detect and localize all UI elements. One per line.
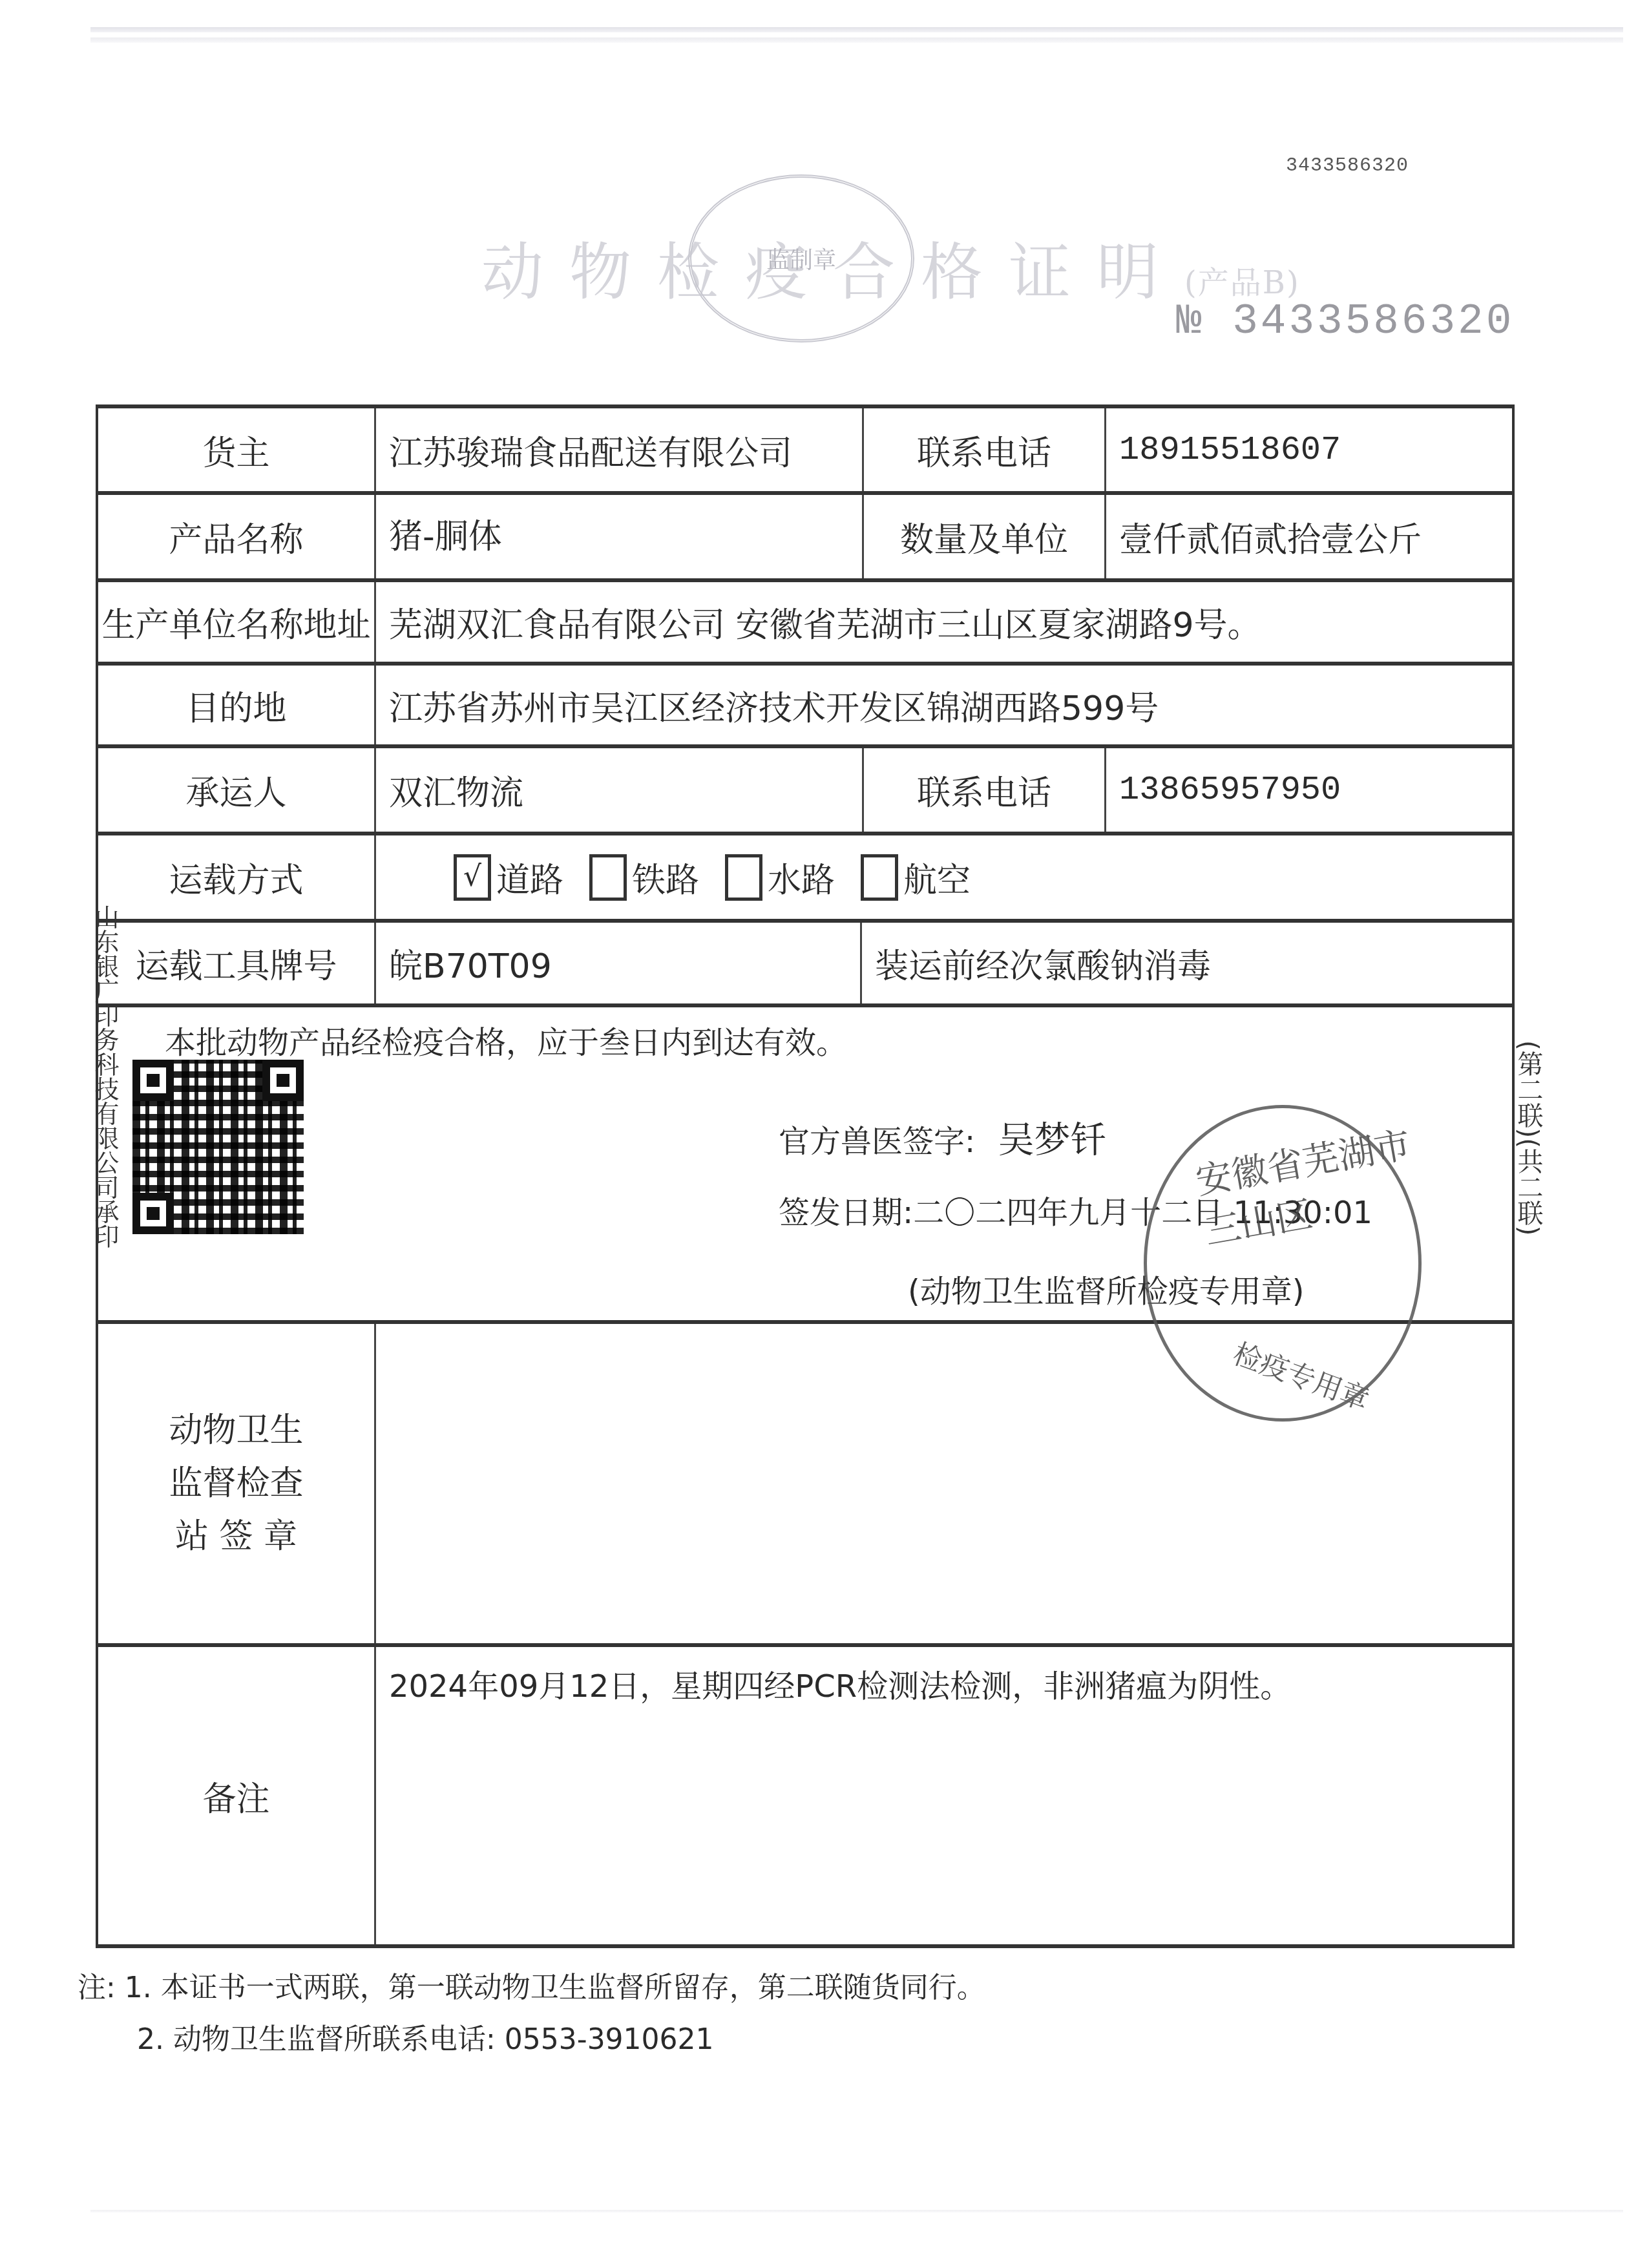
qr-code[interactable] — [132, 1060, 304, 1234]
note-line-1: 注: 1. 本证书一式两联，第一联动物卫生监督所留存，第二联随货同行。 — [78, 1964, 985, 2006]
vet-sign-label: 官方兽医签字: — [779, 1124, 975, 1160]
disinfection-note: 装运前经次氯酸钠消毒 — [862, 923, 1211, 1003]
carrier-phone-value: 13865957950 — [1106, 748, 1341, 832]
producer-label: 生产单位名称地址 — [98, 582, 376, 662]
stamp-text: 安徽省芜湖市三山区 — [1192, 1116, 1426, 1256]
qr-finder — [132, 1193, 174, 1234]
checkpoint-signature-area — [376, 1324, 389, 1643]
row-product: 产品名称 猪-胴体 数量及单位 壹仟贰佰贰拾壹公斤 — [98, 491, 1512, 578]
row-remarks: 备注 2024年09月12日，星期四经PCR检测法检测，非洲猪瘟为阴性。 — [98, 1643, 1512, 1948]
product-label: 产品名称 — [98, 495, 376, 578]
inspection-statement: 本批动物产品经检疫合格，应于叁日内到达有效。 — [165, 1018, 847, 1062]
stamp-bottom-text: 检疫专用章 — [1228, 1330, 1376, 1418]
row-transport: 运载方式 √道路 铁路 水路 航空 — [98, 832, 1512, 919]
checkpoint-label-line2: 监督检查 — [169, 1457, 303, 1510]
carrier-value: 双汇物流 — [376, 748, 862, 832]
destination-label: 目的地 — [98, 666, 376, 744]
producer-value: 芜湖双汇食品有限公司 安徽省芜湖市三山区夏家湖路9号。 — [376, 582, 1261, 662]
carrier-label: 承运人 — [98, 748, 376, 832]
checkbox-air[interactable] — [861, 854, 898, 901]
option-water-label: 水路 — [768, 853, 835, 901]
vet-sign-row: 官方兽医签字: 吴梦钎 — [779, 1111, 1106, 1163]
quantity-value: 壹仟贰佰贰拾壹公斤 — [1106, 495, 1422, 578]
official-seal-top: 监制章 — [688, 174, 914, 342]
product-value: 猪-胴体 — [376, 495, 862, 578]
qr-finder — [132, 1060, 174, 1101]
option-road-label: 道路 — [496, 853, 563, 901]
vehicle-label: 运载工具牌号 — [98, 923, 376, 1003]
note-line-2: 2. 动物卫生监督所联系电话: 0553-3910621 — [137, 2016, 714, 2057]
vet-signature: 吴梦钎 — [998, 1119, 1106, 1161]
quantity-label: 数量及单位 — [862, 495, 1106, 578]
checkbox-road[interactable]: √ — [454, 854, 491, 901]
checkpoint-label-line1: 动物卫生 — [169, 1404, 303, 1457]
checkbox-water[interactable] — [725, 854, 762, 901]
option-air-label: 航空 — [903, 853, 971, 901]
transport-label: 运载方式 — [98, 835, 376, 919]
scan-artifact — [90, 2210, 1623, 2212]
row-vehicle: 运载工具牌号 皖B70T09 装运前经次氯酸钠消毒 — [98, 919, 1512, 1003]
vehicle-value: 皖B70T09 — [376, 923, 862, 1003]
owner-phone-label: 联系电话 — [862, 408, 1106, 491]
checkpoint-label: 动物卫生 监督检查 站 签 章 — [98, 1324, 376, 1643]
issue-date-label: 签发日期: — [779, 1195, 913, 1231]
owner-phone-value: 18915518607 — [1106, 408, 1341, 491]
remarks-label: 备注 — [98, 1647, 376, 1944]
scan-artifact — [90, 37, 1623, 43]
transport-options: √道路 铁路 水路 航空 — [376, 835, 971, 919]
serial-number: № 3433586320 — [1176, 297, 1514, 346]
copy-number-note: (第二联)(共二联) — [1512, 1040, 1544, 1235]
owner-label: 货主 — [98, 408, 376, 491]
scan-artifact — [90, 27, 1623, 32]
checkbox-rail[interactable] — [589, 854, 627, 901]
row-carrier: 承运人 双汇物流 联系电话 13865957950 — [98, 744, 1512, 832]
checkpoint-label-line3: 站 签 章 — [175, 1510, 297, 1563]
inspection-stamp: 安徽省芜湖市三山区 检疫专用章 — [1144, 1105, 1422, 1422]
row-owner: 货主 江苏骏瑞食品配送有限公司 联系电话 18915518607 — [98, 404, 1512, 491]
destination-value: 江苏省苏州市吴江区经济技术开发区锦湖西路599号 — [376, 666, 1159, 744]
carrier-phone-label: 联系电话 — [862, 748, 1106, 832]
qr-finder — [262, 1060, 304, 1101]
option-rail-label: 铁路 — [632, 853, 699, 901]
remarks-value: 2024年09月12日，星期四经PCR检测法检测，非洲猪瘟为阴性。 — [376, 1647, 1291, 1944]
serial-number-small: 3433586320 — [1286, 155, 1409, 177]
printer-credit: 山东银广印务科技有限公司承印 — [92, 905, 120, 1248]
row-destination: 目的地 江苏省苏州市吴江区经济技术开发区锦湖西路599号 — [98, 662, 1512, 744]
owner-value: 江苏骏瑞食品配送有限公司 — [376, 408, 862, 491]
title-suffix: (产品B) — [1184, 265, 1300, 301]
seal-center-text: 监制章 — [766, 242, 836, 275]
row-producer: 生产单位名称地址 芜湖双汇食品有限公司 安徽省芜湖市三山区夏家湖路9号。 — [98, 578, 1512, 662]
